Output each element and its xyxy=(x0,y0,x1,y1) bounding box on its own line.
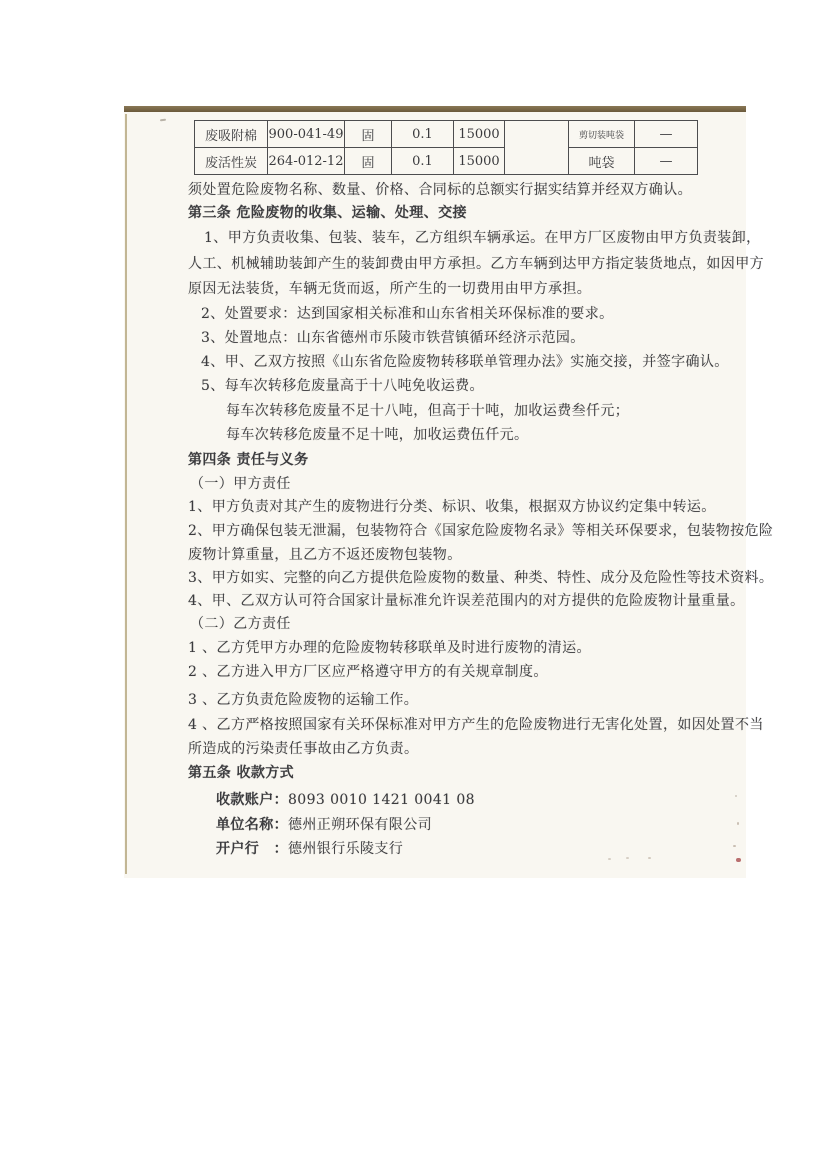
clause-3-item-1-line-2: 人工、机械辅助装卸产生的装卸费由甲方承担。乙方车辆到达甲方指定装货地点，如因甲方 xyxy=(188,253,764,273)
party-a-duty-item-4: 4、甲、乙双方认可符合国家计量标准允许误差范围内的对方提供的危险废物计量重量。 xyxy=(188,590,745,610)
party-a-duty-item-2-line-2: 废物计算重量，且乙方不返还废物包装物。 xyxy=(188,544,462,564)
waste-packaging-cell: 吨袋 xyxy=(569,148,635,175)
clause-5-heading: 第五条 收款方式 xyxy=(188,762,294,782)
bank-branch-label: 开户行 ： xyxy=(216,841,288,857)
bank-branch-line: 开户行 ：德州银行乐陵支行 xyxy=(216,838,403,858)
waste-state-cell: 固 xyxy=(345,148,392,175)
waste-note-cell: — xyxy=(635,121,698,148)
waste-name-cell: 废吸附棉 xyxy=(195,121,268,148)
waste-price-cell: 15000 xyxy=(454,121,505,148)
party-a-duty-item-2-line-1: 2、甲方确保包装无泄漏，包装物符合《国家危险废物名录》等相关环保要求，包装物按危… xyxy=(188,520,773,540)
settlement-note-line: 须处置危险废物名称、数量、价格、合同标的总额实行据实结算并经双方确认。 xyxy=(188,179,692,199)
party-b-duty-item-1: 1 、乙方凭甲方办理的危险废物转移联单及时进行废物的清运。 xyxy=(188,637,591,657)
waste-note-cell: — xyxy=(635,148,698,175)
clause-3-item-2: 2、处置要求：达到国家相关标准和山东省相关环保标准的要求。 xyxy=(201,303,614,323)
scan-artifact-speck xyxy=(733,845,736,847)
clause-3-item-5-sub-2: 每车次转移危废量不足十吨，加收运费伍仟元。 xyxy=(226,424,528,444)
receiving-account-number: 8093 0010 1421 0041 08 xyxy=(288,792,475,808)
table-row: 废吸附棉 900-041-49 固 0.1 15000 剪切装吨袋 — xyxy=(195,121,698,148)
scan-artifact-speck xyxy=(737,822,739,825)
scan-artifact-speck xyxy=(608,858,611,860)
clause-3-item-4: 4、甲、乙双方按照《山东省危险废物转移联单管理办法》实施交接，并签字确认。 xyxy=(201,351,729,371)
party-b-duty-item-2: 2 、乙方进入甲方厂区应严格遵守甲方的有关规章制度。 xyxy=(188,661,548,681)
clause-4-heading: 第四条 责任与义务 xyxy=(188,449,308,469)
table-row: 废活性炭 264-012-12 固 0.1 15000 吨袋 — xyxy=(195,148,698,175)
clause-3-item-5: 5、每车次转移危废量高于十八吨免收运费。 xyxy=(201,375,484,395)
scan-artifact-speck xyxy=(735,795,737,797)
party-b-duty-item-4-line-2: 所造成的污染责任事故由乙方负责。 xyxy=(188,738,418,758)
waste-code-cell: 900-041-49 xyxy=(268,121,345,148)
page-left-edge-line xyxy=(125,114,127,874)
waste-qty-cell: 0.1 xyxy=(392,121,454,148)
merged-blank-cell xyxy=(505,121,569,175)
hazardous-waste-table: 废吸附棉 900-041-49 固 0.1 15000 剪切装吨袋 — 废活性炭… xyxy=(194,120,698,175)
party-a-duty-item-3: 3、甲方如实、完整的向乙方提供危险废物的数量、种类、特性、成分及危险性等技术资料… xyxy=(188,567,773,587)
scan-artifact-speck xyxy=(736,858,741,862)
scan-artifact-speck xyxy=(626,857,629,859)
bank-branch-value: 德州银行乐陵支行 xyxy=(288,841,403,857)
clause-3-item-3: 3、处置地点：山东省德州市乐陵市铁营镇循环经济示范园。 xyxy=(201,327,585,347)
waste-packaging-cell: 剪切装吨袋 xyxy=(569,121,635,148)
waste-qty-cell: 0.1 xyxy=(392,148,454,175)
party-a-duty-subheading: （一）甲方责任 xyxy=(190,473,291,493)
waste-name-cell: 废活性炭 xyxy=(195,148,268,175)
scan-artifact-speck xyxy=(648,857,651,859)
party-a-duty-item-1: 1、甲方负责对其产生的废物进行分类、标识、收集，根据双方协议约定集中转运。 xyxy=(188,496,716,516)
waste-price-cell: 15000 xyxy=(454,148,505,175)
receiving-account-label: 收款账户： xyxy=(216,792,288,808)
clause-3-heading: 第三条 危险废物的收集、运输、处理、交接 xyxy=(188,202,467,222)
page-top-border-bar xyxy=(124,106,746,112)
clause-3-item-1-line-1: 1、甲方负责收集、包装、装车，乙方组织车辆承运。在甲方厂区废物由甲方负责装卸， xyxy=(204,227,761,247)
party-b-duty-subheading: （二）乙方责任 xyxy=(190,613,291,633)
clause-3-item-1-line-3: 原因无法装货，车辆无货而返，所产生的一切费用由甲方承担。 xyxy=(188,278,591,298)
party-b-duty-item-4-line-1: 4 、乙方严格按照国家有关环保标准对甲方产生的危险废物进行无害化处置，如因处置不… xyxy=(188,714,764,734)
clause-3-item-5-sub-1: 每车次转移危废量不足十八吨，但高于十吨，加收运费叁仟元； xyxy=(226,400,629,420)
unit-name-line: 单位名称：德州正朔环保有限公司 xyxy=(216,814,432,834)
party-b-duty-item-3: 3 、乙方负责危险废物的运输工作。 xyxy=(188,689,418,709)
receiving-account-line: 收款账户：8093 0010 1421 0041 08 xyxy=(216,789,475,809)
waste-code-cell: 264-012-12 xyxy=(268,148,345,175)
unit-name-label: 单位名称： xyxy=(216,817,288,833)
unit-name-value: 德州正朔环保有限公司 xyxy=(288,817,432,833)
waste-state-cell: 固 xyxy=(345,121,392,148)
